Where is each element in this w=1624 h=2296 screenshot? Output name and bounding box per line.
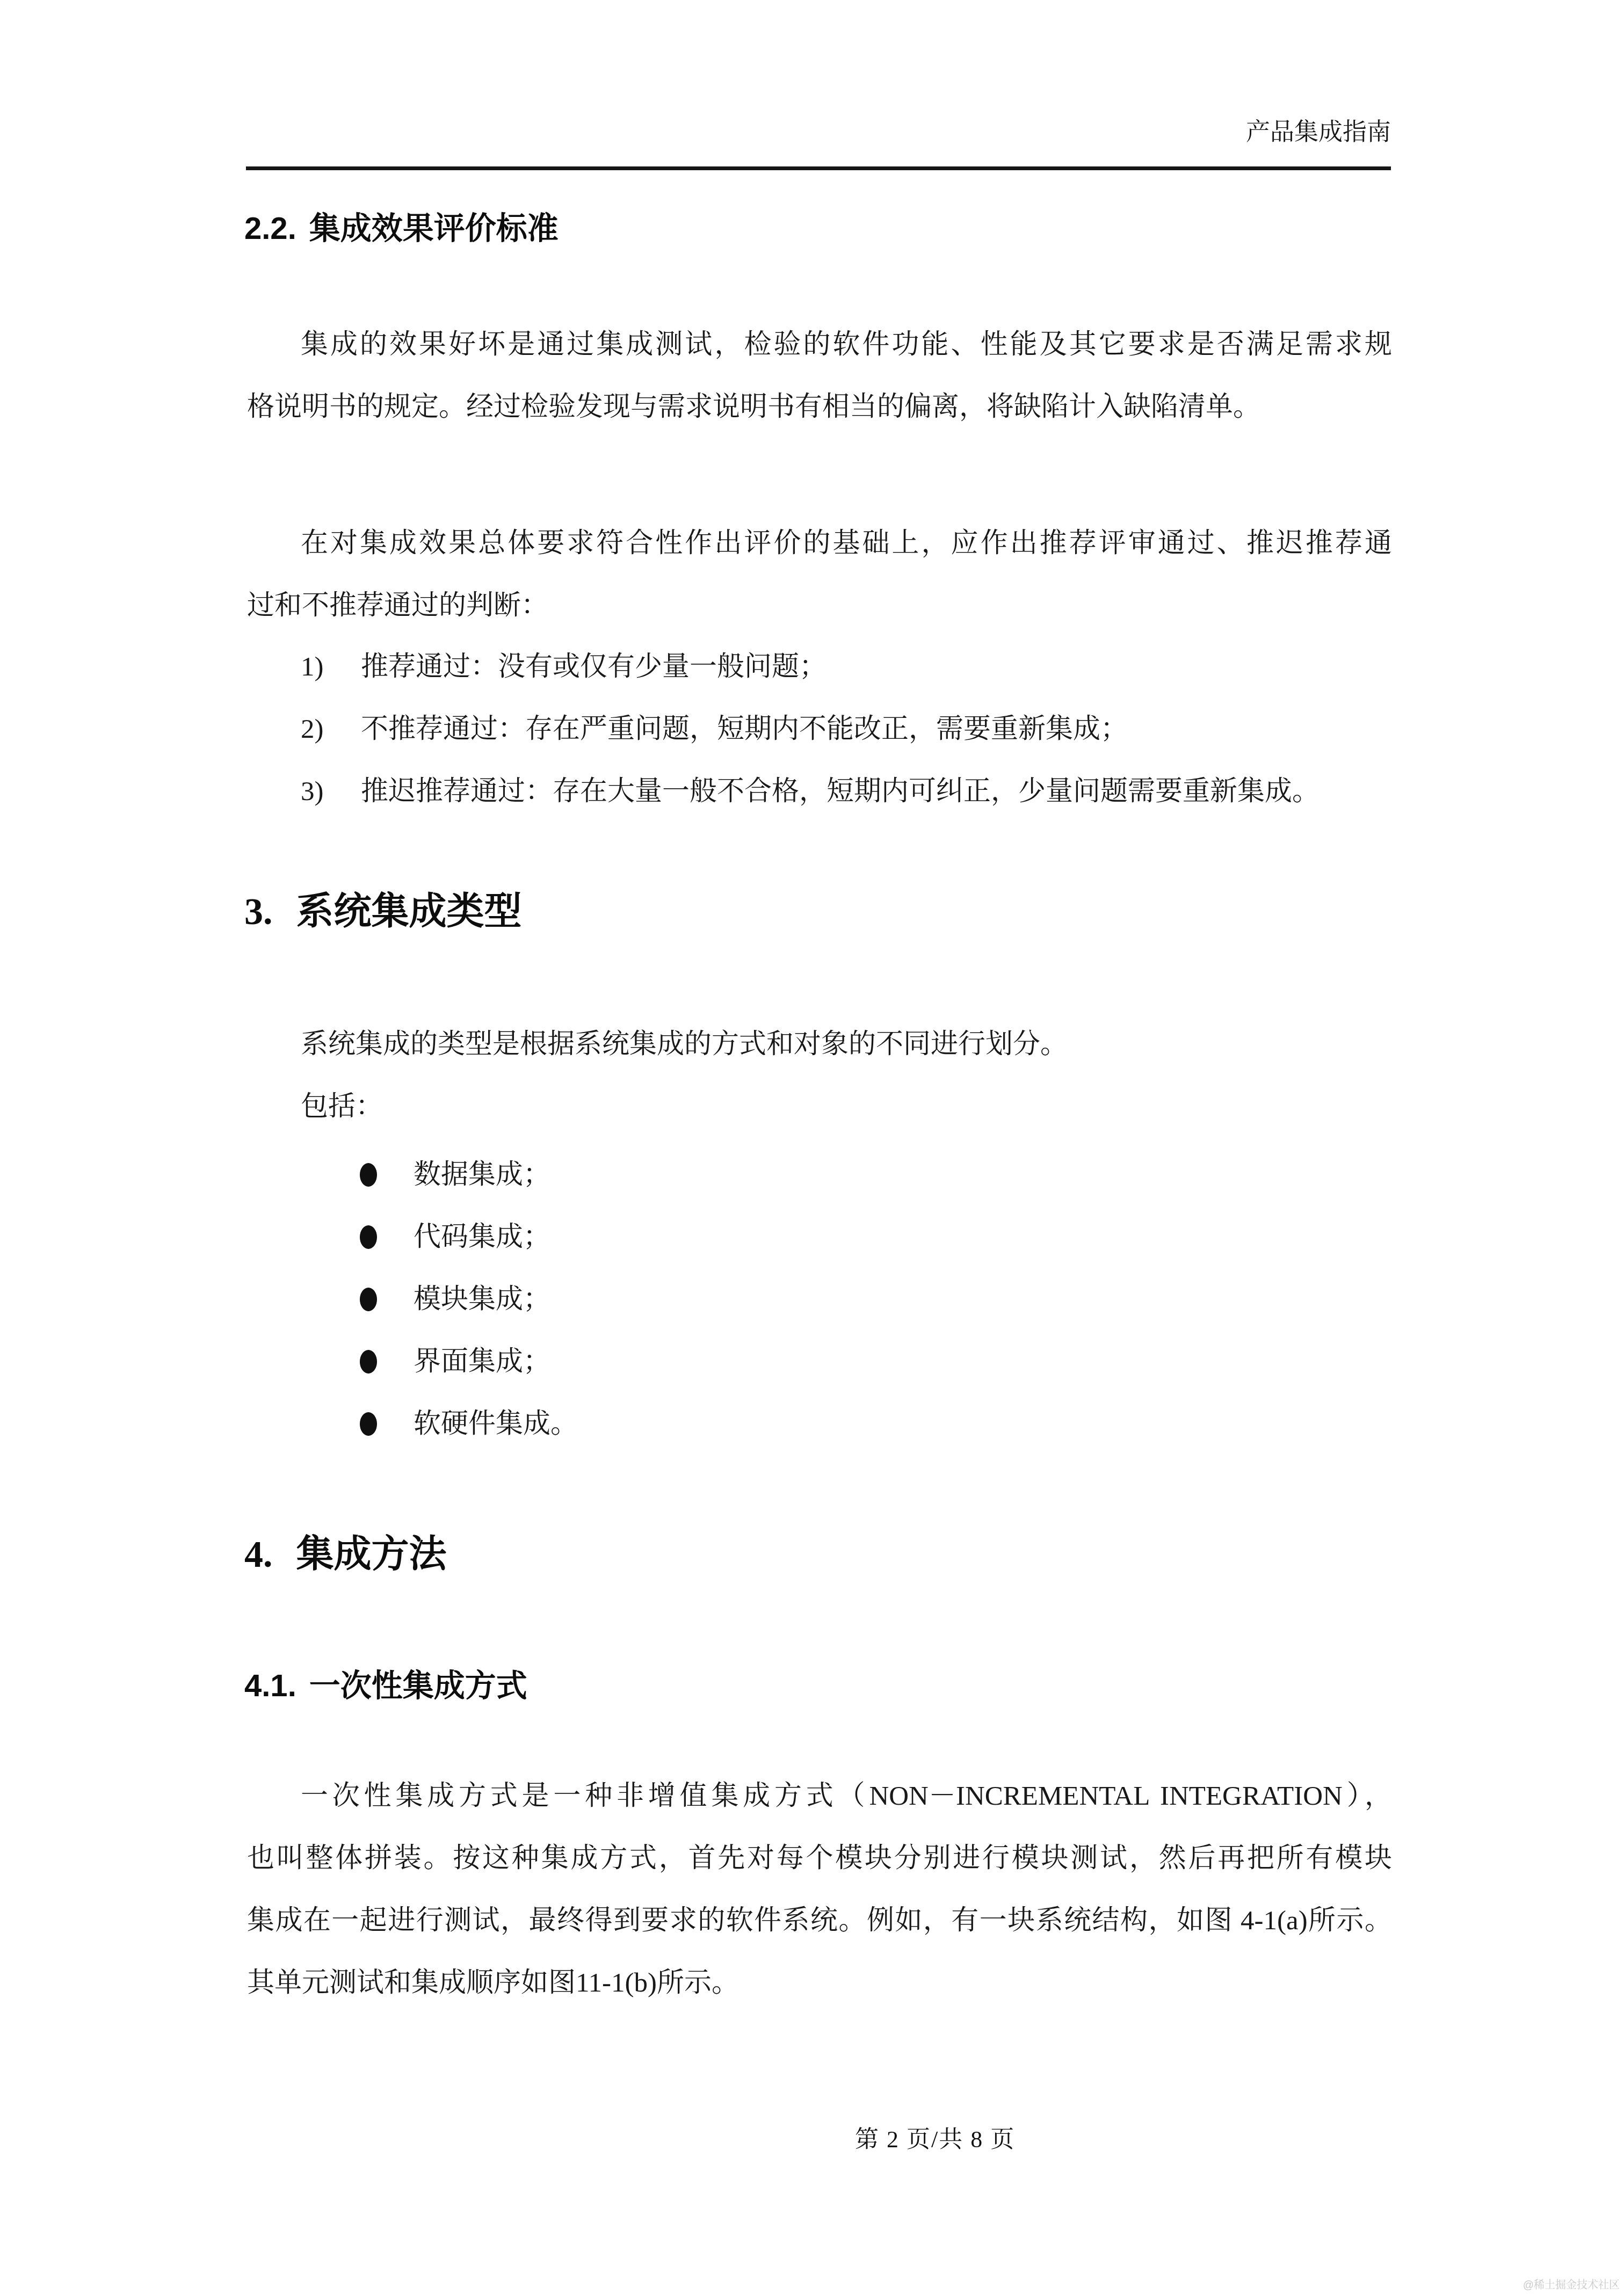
bullet-item: 界面集成； <box>247 1331 1392 1393</box>
running-header-title: 产品集成指南 <box>1246 117 1391 147</box>
section-heading-2-2: 2.2.集成效果评价标准 <box>244 209 559 248</box>
bullet-marker <box>360 1288 414 1311</box>
heading-text: 集成方法 <box>296 1534 447 1575</box>
heading-number: 3. <box>244 891 273 933</box>
paragraph-judgement-intro: 在对集成效果总体要求符合性作出评价的基础上，应作出推荐评审通过、推迟推荐通 过和… <box>247 512 1392 637</box>
bullet-icon <box>360 1412 377 1436</box>
heading-number: 4.1. <box>244 1668 296 1703</box>
section-heading-4-1: 4.1.一次性集成方式 <box>244 1667 527 1705</box>
list-item-text: 不推荐通过：存在严重问题，短期内不能改正，需要重新集成； <box>361 714 1128 744</box>
heading-number: 4. <box>244 1534 273 1575</box>
paragraph-evaluation-criteria: 集成的效果好坏是通过集成测试，检验的软件功能、性能及其它要求是否满足需求规 格说… <box>247 314 1392 438</box>
bullet-text: 界面集成； <box>414 1331 550 1393</box>
list-item-marker: 1) <box>301 636 361 698</box>
heading-number: 2.2. <box>244 211 296 246</box>
heading-text: 一次性集成方式 <box>309 1668 527 1703</box>
numbered-list-item: 3)推迟推荐通过：存在大量一般不合格，短期内可纠正，少量问题需要重新集成。 <box>247 760 1392 823</box>
bullet-item: 代码集成； <box>247 1206 1392 1268</box>
heading-text: 系统集成类型 <box>296 891 522 933</box>
list-item-text: 推荐通过：没有或仅有少量一般问题； <box>361 652 827 682</box>
watermark: @稀土掘金技术社区 <box>1523 2278 1620 2292</box>
list-item-marker: 3) <box>301 760 361 823</box>
page-number-indicator: 第 2 页/共 8 页 <box>855 2125 1015 2155</box>
bullet-marker <box>360 1350 414 1374</box>
numbered-list-item: 1)推荐通过：没有或仅有少量一般问题； <box>247 636 1392 698</box>
paragraph-line: 过和不推荐通过的判断： <box>247 575 1392 637</box>
bullet-text: 软硬件集成。 <box>414 1393 578 1455</box>
paragraph-line: 集成在一起进行测试，最终得到要求的软件系统。例如，有一块系统结构，如图 4-1(… <box>247 1890 1392 1952</box>
paragraph-line: 其单元测试和集成顺序如图11-1(b)所示。 <box>247 1952 1392 2014</box>
paragraph-line: 集成的效果好坏是通过集成测试，检验的软件功能、性能及其它要求是否满足需求规 <box>247 314 1392 376</box>
bullet-icon <box>360 1163 377 1187</box>
bullet-item: 数据集成； <box>247 1144 1392 1206</box>
bullet-item: 软硬件集成。 <box>247 1393 1392 1455</box>
numbered-list-item: 2)不推荐通过：存在严重问题，短期内不能改正，需要重新集成； <box>247 698 1392 760</box>
document-page: 产品集成指南 2.2.集成效果评价标准 集成的效果好坏是通过集成测试，检验的软件… <box>0 0 1624 2296</box>
bullet-icon <box>360 1225 377 1249</box>
section-heading-3: 3.系统集成类型 <box>244 889 522 935</box>
paragraph-line: 格说明书的规定。经过检验发现与需求说明书有相当的偏离，将缺陷计入缺陷清单。 <box>247 376 1392 438</box>
list-item-marker: 2) <box>301 698 361 760</box>
section-heading-4: 4.集成方法 <box>244 1532 447 1578</box>
bullet-icon <box>360 1288 377 1311</box>
bullet-marker <box>360 1163 414 1187</box>
bullet-list: 数据集成； 代码集成； 模块集成； 界面集成； 软硬件集成。 <box>247 1144 1392 1455</box>
paragraph-big-bang-integration: 一次性集成方式是一种非增值集成方式（NON－INCREMENTAL INTEGR… <box>247 1765 1392 2014</box>
paragraph-line: 在对集成效果总体要求符合性作出评价的基础上，应作出推荐评审通过、推迟推荐通 <box>247 512 1392 575</box>
bullet-marker <box>360 1412 414 1436</box>
paragraph-line: 也叫整体拼装。按这种集成方式，首先对每个模块分别进行模块测试，然后再把所有模块 <box>247 1827 1392 1890</box>
bullet-icon <box>360 1350 377 1374</box>
paragraph-integration-types: 系统集成的类型是根据系统集成的方式和对象的不同进行划分。 <box>247 1013 1392 1076</box>
paragraph-includes: 包括： <box>247 1076 1392 1138</box>
paragraph-line: 系统集成的类型是根据系统集成的方式和对象的不同进行划分。 <box>247 1013 1392 1076</box>
header-rule <box>246 166 1391 170</box>
paragraph-line: 一次性集成方式是一种非增值集成方式（NON－INCREMENTAL INTEGR… <box>247 1765 1392 1827</box>
bullet-text: 数据集成； <box>414 1144 550 1206</box>
bullet-marker <box>360 1225 414 1249</box>
heading-text: 集成效果评价标准 <box>309 211 559 246</box>
bullet-text: 模块集成； <box>414 1268 550 1331</box>
numbered-list: 1)推荐通过：没有或仅有少量一般问题； 2)不推荐通过：存在严重问题，短期内不能… <box>247 636 1392 823</box>
paragraph-line: 包括： <box>247 1076 1392 1138</box>
bullet-item: 模块集成； <box>247 1268 1392 1331</box>
bullet-text: 代码集成； <box>414 1206 550 1268</box>
list-item-text: 推迟推荐通过：存在大量一般不合格，短期内可纠正，少量问题需要重新集成。 <box>361 776 1320 806</box>
